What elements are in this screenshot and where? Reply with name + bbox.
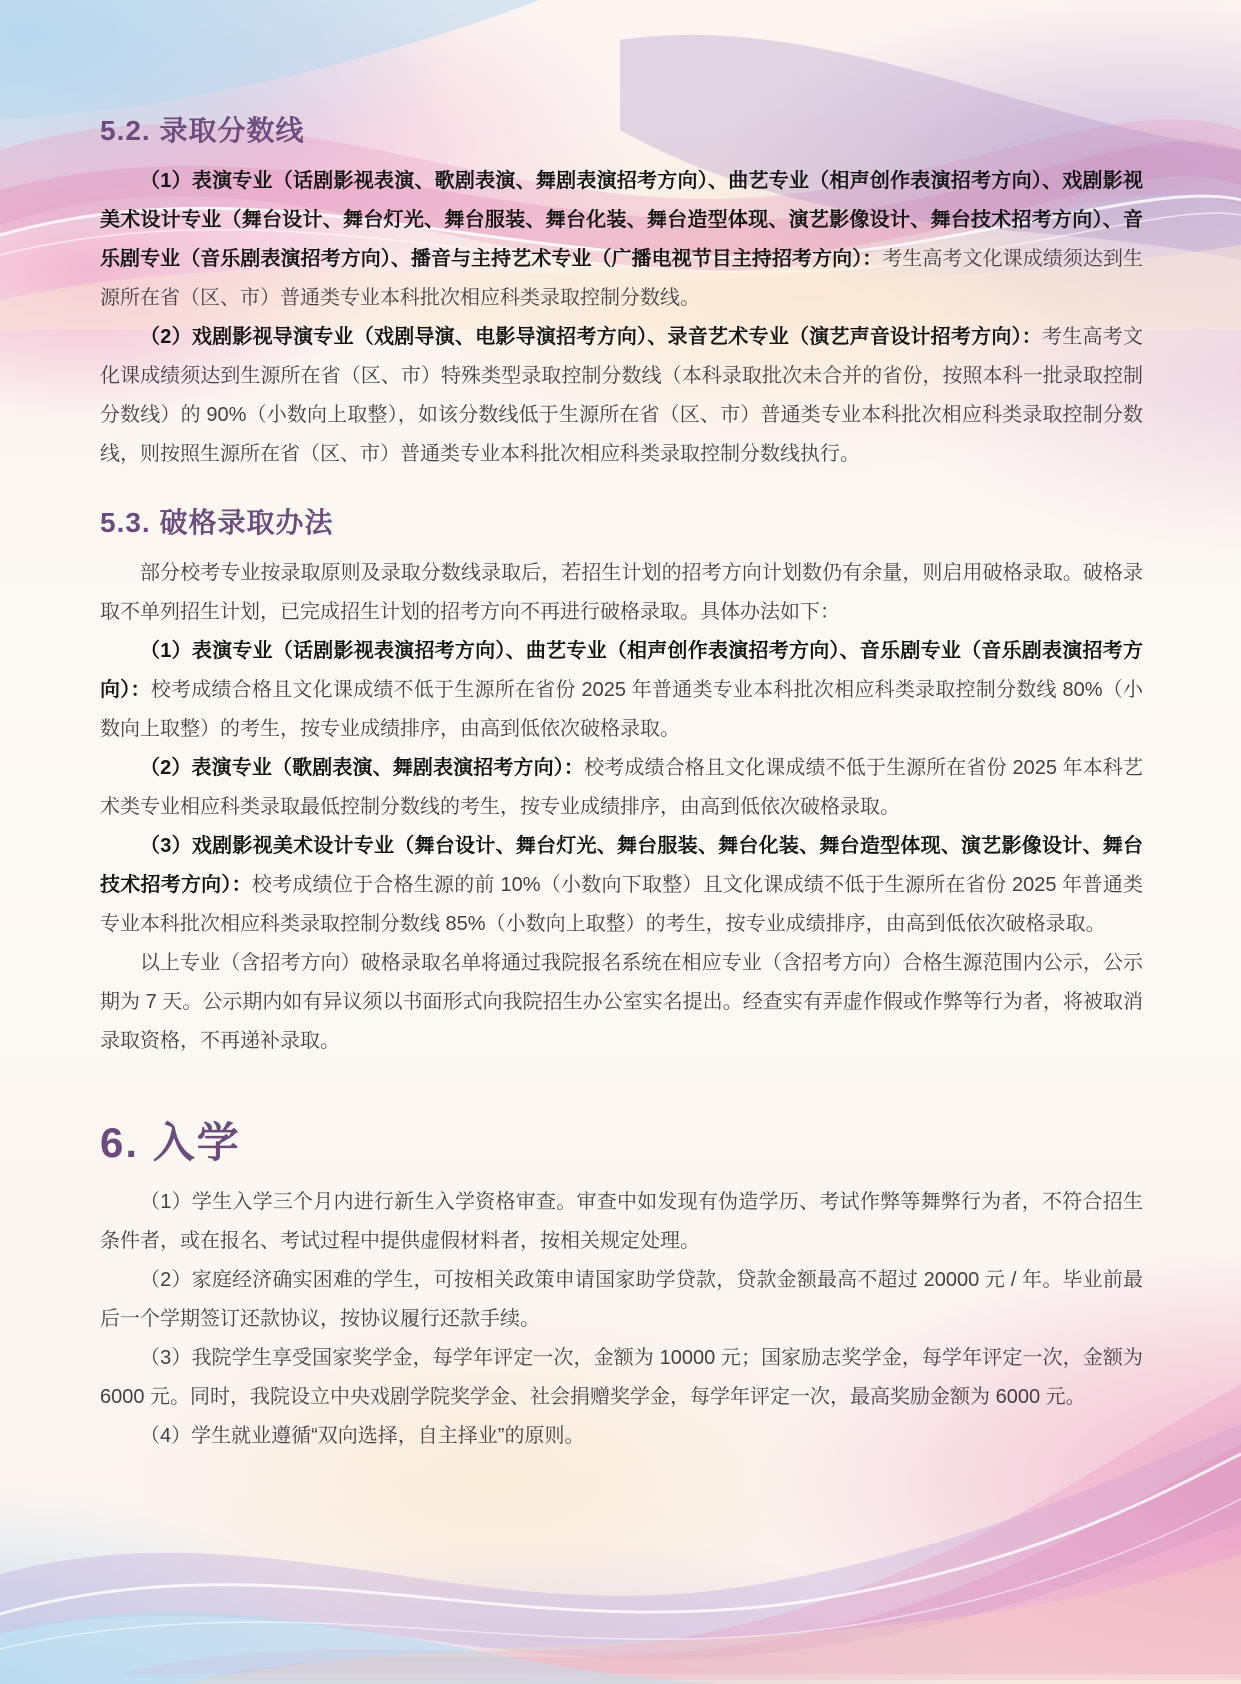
paragraph-5-2-item2-lead: （2）戏剧影视导演专业（戏剧导演、电影导演招考方向）、录音艺术专业（演艺声音设计… [140, 326, 1042, 348]
paragraph-6-item3: （3）我院学生享受国家奖学金，每学年评定一次，金额为 10000 元；国家励志奖… [100, 1339, 1143, 1417]
section-6-body: （1）学生入学三个月内进行新生入学资格审查。审查中如发现有伪造学历、考试作弊等舞… [100, 1183, 1143, 1456]
paragraph-5-3-intro-text: 部分校考专业按录取原则及录取分数线录取后，若招生计划的招考方向计划数仍有余量，则… [100, 562, 1143, 623]
section-heading-5-2: 5.2. 录取分数线 [100, 0, 1143, 146]
paragraph-5-3-item3-text: 校考成绩位于合格生源的前 10%（小数向下取整）且文化课成绩不低于生源所在省份 … [100, 874, 1143, 935]
paragraph-5-3-closing: 以上专业（含招考方向）破格录取名单将通过我院报名系统在相应专业（含招考方向）合格… [100, 944, 1143, 1061]
paragraph-6-item1: （1）学生入学三个月内进行新生入学资格审查。审查中如发现有伪造学历、考试作弊等舞… [100, 1183, 1143, 1261]
section-heading-6: 6. 入学 [100, 1119, 1143, 1167]
section-5-2-body: （1）表演专业（话剧影视表演、歌剧表演、舞剧表演招考方向）、曲艺专业（相声创作表… [100, 162, 1143, 474]
paragraph-5-3-item2: （2）表演专业（歌剧表演、舞剧表演招考方向）：校考成绩合格且文化课成绩不低于生源… [100, 749, 1143, 827]
paragraph-5-3-item1: （1）表演专业（话剧影视表演招考方向）、曲艺专业（相声创作表演招考方向）、音乐剧… [100, 632, 1143, 749]
paragraph-6-item1-text: （1）学生入学三个月内进行新生入学资格审查。审查中如发现有伪造学历、考试作弊等舞… [100, 1191, 1143, 1252]
paragraph-5-3-item1-text: 校考成绩合格且文化课成绩不低于生源所在省份 2025 年普通类专业本科批次相应科… [100, 679, 1143, 740]
section-5-3-body: 部分校考专业按录取原则及录取分数线录取后，若招生计划的招考方向计划数仍有余量，则… [100, 554, 1143, 1061]
paragraph-6-item2: （2）家庭经济确实困难的学生，可按相关政策申请国家助学贷款，贷款金额最高不超过 … [100, 1261, 1143, 1339]
paragraph-6-item2-text: （2）家庭经济确实困难的学生，可按相关政策申请国家助学贷款，贷款金额最高不超过 … [100, 1269, 1143, 1330]
paragraph-6-item3-text: （3）我院学生享受国家奖学金，每学年评定一次，金额为 10000 元；国家励志奖… [100, 1347, 1143, 1408]
paragraph-5-3-intro: 部分校考专业按录取原则及录取分数线录取后，若招生计划的招考方向计划数仍有余量，则… [100, 554, 1143, 632]
section-heading-5-3: 5.3. 破格录取办法 [100, 508, 1143, 538]
paragraph-5-3-item2-lead: （2）表演专业（歌剧表演、舞剧表演招考方向）： [140, 757, 584, 779]
document-page: 5.2. 录取分数线 （1）表演专业（话剧影视表演、歌剧表演、舞剧表演招考方向）… [0, 0, 1241, 1684]
paragraph-5-2-item2: （2）戏剧影视导演专业（戏剧导演、电影导演招考方向）、录音艺术专业（演艺声音设计… [100, 318, 1143, 474]
paragraph-5-3-item3: （3）戏剧影视美术设计专业（舞台设计、舞台灯光、舞台服装、舞台化装、舞台造型体现… [100, 827, 1143, 944]
paragraph-5-2-item1: （1）表演专业（话剧影视表演、歌剧表演、舞剧表演招考方向）、曲艺专业（相声创作表… [100, 162, 1143, 318]
paragraph-6-item4: （4）学生就业遵循“双向选择，自主择业”的原则。 [100, 1417, 1143, 1456]
document-content: 5.2. 录取分数线 （1）表演专业（话剧影视表演、歌剧表演、舞剧表演招考方向）… [0, 0, 1241, 1456]
paragraph-5-3-closing-text: 以上专业（含招考方向）破格录取名单将通过我院报名系统在相应专业（含招考方向）合格… [100, 952, 1143, 1052]
paragraph-6-item4-text: （4）学生就业遵循“双向选择，自主择业”的原则。 [140, 1425, 584, 1447]
